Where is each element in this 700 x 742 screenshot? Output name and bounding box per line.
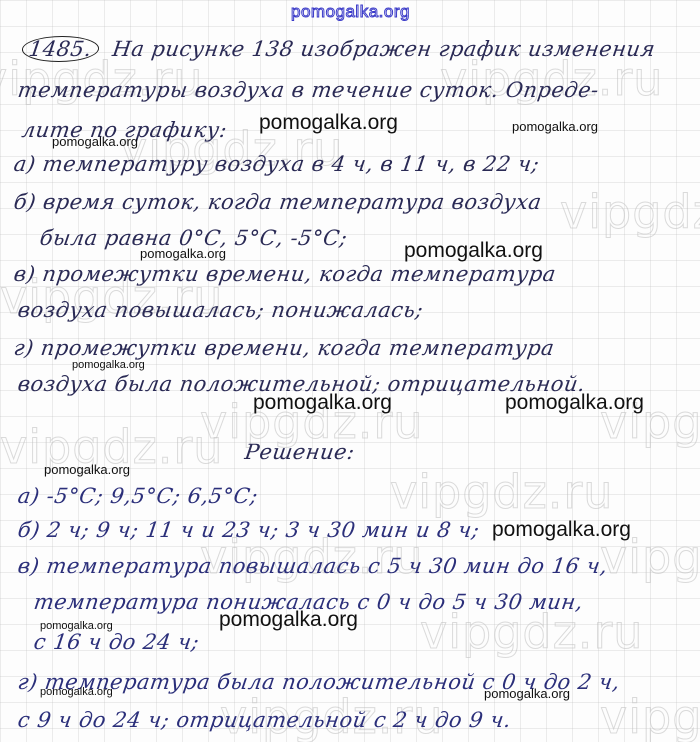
solution-item-g-cont: с 9 ч до 24 ч; отрицательной с 2 ч до 9 … — [16, 708, 513, 732]
pomogalka-watermark: pomogalka.org — [52, 134, 138, 149]
pomogalka-watermark: pomogalka.org — [492, 518, 631, 542]
problem-line-1: 1485.На рисунке 138 изображен график изм… — [20, 36, 657, 62]
vipgdz-watermark: vipgdz.ru — [560, 185, 700, 239]
solution-item-b: б) 2 ч; 9 ч; 11 ч и 23 ч; 3 ч 30 мин и 8… — [16, 518, 481, 542]
header-watermark: pomogalka.org — [291, 2, 410, 22]
solution-item-a: а) -5°С; 9,5°С; 6,5°С; — [16, 484, 259, 508]
solution-item-v: в) температура повышалась с 5 ч 30 мин д… — [16, 554, 609, 578]
pomogalka-watermark: pomogalka.org — [40, 686, 113, 698]
pomogalka-watermark: pomogalka.org — [253, 391, 392, 415]
pomogalka-watermark: pomogalka.org — [72, 359, 145, 371]
pomogalka-watermark: pomogalka.org — [512, 119, 598, 134]
scanned-page: vipgdz.ru vipgdz.ru vipgdz.ru vipgdz.ru … — [0, 0, 700, 742]
pomogalka-watermark: pomogalka.org — [484, 686, 570, 701]
vipgdz-watermark: vipgdz.ru — [390, 465, 613, 519]
problem-item-a: а) температуру воздуха в 4 ч, в 11 ч, в … — [12, 152, 541, 176]
pomogalka-watermark: pomogalka.org — [259, 111, 398, 135]
pomogalka-watermark: pomogalka.org — [219, 608, 358, 632]
problem-item-v: в) промежутки времени, когда температура — [12, 262, 557, 286]
problem-number: 1485. — [20, 36, 100, 62]
pomogalka-watermark: pomogalka.org — [40, 620, 113, 632]
pomogalka-watermark: pomogalka.org — [44, 462, 130, 477]
pomogalka-watermark: pomogalka.org — [505, 391, 644, 415]
problem-item-b: б) время суток, когда температура воздух… — [12, 190, 543, 214]
solution-item-v-cont-2: с 16 ч до 24 ч; — [32, 630, 201, 654]
problem-item-g: г) промежутки времени, когда температура — [12, 336, 556, 360]
vipgdz-watermark: vipgdz.ru — [600, 690, 700, 742]
problem-line-2: температуры воздуха в течение суток. Опр… — [16, 78, 600, 102]
problem-item-v-cont: воздуха повышалась; понижалась; — [16, 298, 425, 322]
pomogalka-watermark: pomogalka.org — [140, 246, 226, 261]
pomogalka-watermark: pomogalka.org — [404, 239, 543, 263]
solution-heading: Решение: — [243, 440, 356, 464]
